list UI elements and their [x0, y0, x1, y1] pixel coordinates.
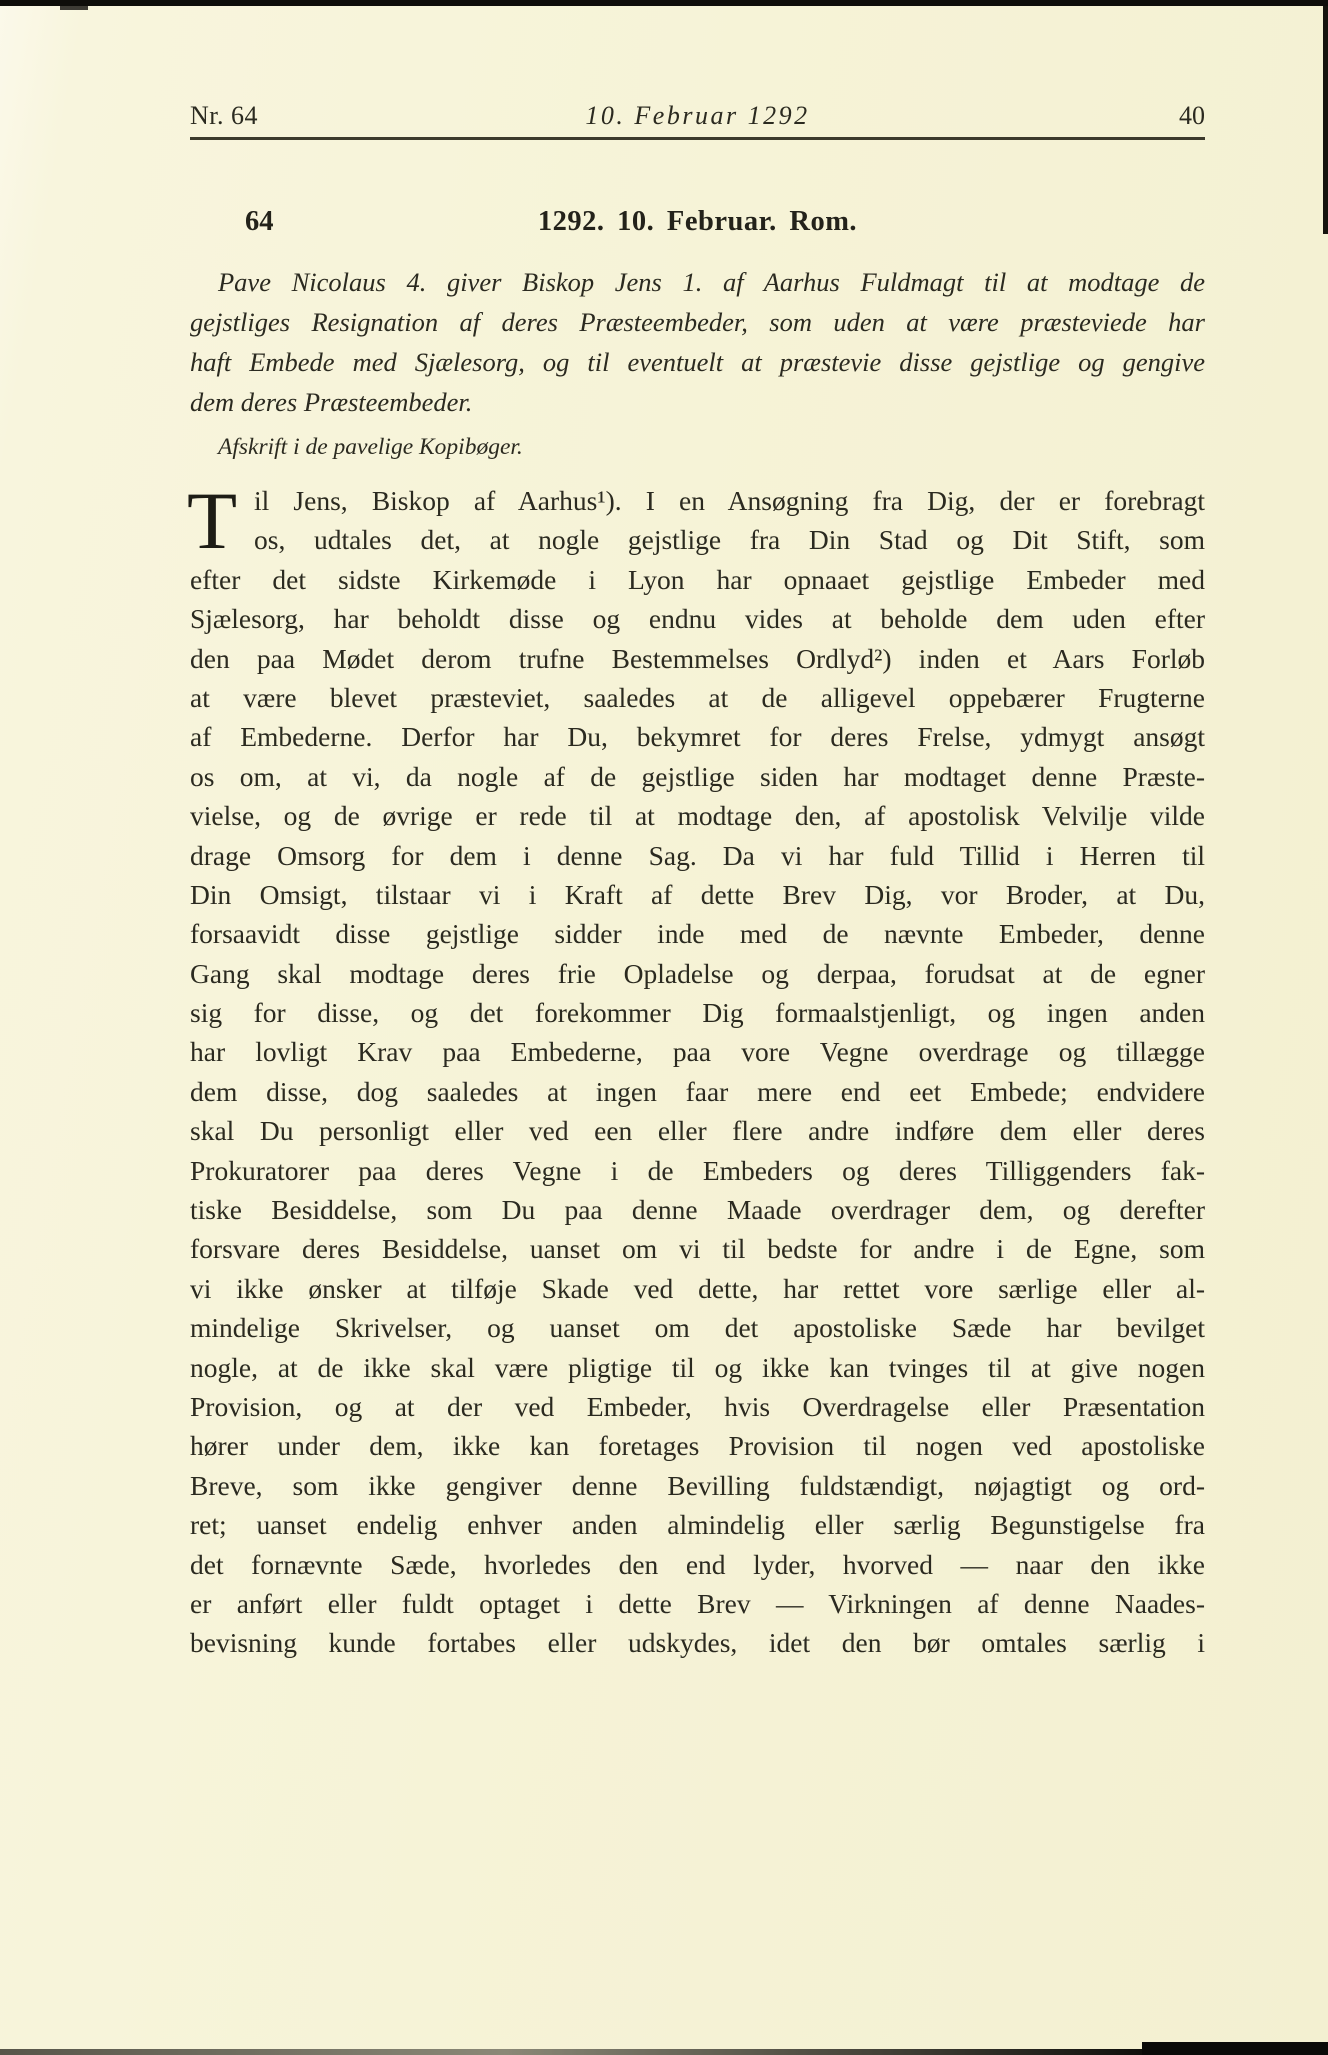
scanned-book-page: Nr. 64 10. Februar 1292 40 64 1292. 10. …: [0, 0, 1328, 2055]
body-line: Gang skal modtage deres frie Opladelse o…: [190, 954, 1205, 993]
scan-edge-bottom-right: [1142, 2042, 1328, 2055]
body-line: tiske Besiddelse, som Du paa denne Maade…: [190, 1190, 1205, 1229]
body-line: Prokuratorer paa deres Vegne i de Embede…: [190, 1151, 1205, 1190]
regest-summary: Pave Nicolaus 4. giver Biskop Jens 1. af…: [190, 262, 1205, 422]
body-line: har lovligt Krav paa Embederne, paa vore…: [190, 1032, 1205, 1071]
body-line: drage Omsorg for dem i denne Sag. Da vi …: [190, 836, 1205, 875]
body-line: Din Omsigt, tilstaar vi i Kraft af dette…: [190, 875, 1205, 914]
running-head: Nr. 64 10. Februar 1292 40: [190, 101, 1205, 135]
body-line: sig for disse, og det forekommer Dig for…: [190, 993, 1205, 1032]
page-number: 40: [1179, 101, 1205, 131]
dropcap-initial: T: [187, 485, 237, 557]
body-line: den paa Mødet derom trufne Bestemmelses …: [190, 639, 1205, 678]
scan-edge-top: [0, 0, 1328, 6]
body-line: Sjælesorg, har beholdt disse og endnu vi…: [190, 599, 1205, 638]
source-note: Afskrift i de pavelige Kopibøger.: [218, 434, 523, 461]
entry-title: 1292. 10. Februar. Rom.: [190, 206, 1205, 238]
body-line: vi ikke ønsker at tilføje Skade ved dett…: [190, 1269, 1205, 1308]
body-line: forsaavidt disse gejstlige sidder inde m…: [190, 914, 1205, 953]
body-line: bevisning kunde fortabes eller udskydes,…: [190, 1623, 1205, 1662]
running-head-date: 10. Februar 1292: [190, 101, 1205, 131]
body-line: os, udtales det, at nogle gejstlige fra …: [190, 520, 1205, 559]
summary-line: gejstliges Resignation af deres Præsteem…: [190, 302, 1205, 342]
body-line: nogle, at de ikke skal være pligtige til…: [190, 1348, 1205, 1387]
body-text: il Jens, Biskop af Aarhus¹). I en Ansøgn…: [190, 481, 1205, 1663]
body-line: forsvare deres Besiddelse, uanset om vi …: [190, 1229, 1205, 1268]
body-line: dem disse, dog saaledes at ingen faar me…: [190, 1072, 1205, 1111]
body-line: at være blevet præsteviet, saaledes at d…: [190, 678, 1205, 717]
scan-edge-right: [1323, 6, 1328, 234]
body-line: Provision, og at der ved Embeder, hvis O…: [190, 1387, 1205, 1426]
body-line: af Embederne. Derfor har Du, bekymret fo…: [190, 717, 1205, 756]
body-line: vielse, og de øvrige er rede til at modt…: [190, 796, 1205, 835]
body-line: il Jens, Biskop af Aarhus¹). I en Ansøgn…: [190, 481, 1205, 520]
body-line: ret; uanset endelig enhver anden alminde…: [190, 1505, 1205, 1544]
body-line: skal Du personligt eller ved een eller f…: [190, 1111, 1205, 1150]
summary-line: dem deres Præsteembeder.: [190, 382, 1205, 422]
body-line: er anført eller fuldt optaget i dette Br…: [190, 1584, 1205, 1623]
body-line: efter det sidste Kirkemøde i Lyon har op…: [190, 560, 1205, 599]
scan-edge-bottom: [0, 2049, 1328, 2055]
letter-body: T il Jens, Biskop af Aarhus¹). I en Ansø…: [190, 481, 1205, 1663]
body-line: det fornævnte Sæde, hvorledes den end ly…: [190, 1545, 1205, 1584]
body-line: hører under dem, ikke kan foretages Prov…: [190, 1426, 1205, 1465]
body-line: Breve, som ikke gengiver denne Bevilling…: [190, 1466, 1205, 1505]
entry-heading: 64 1292. 10. Februar. Rom.: [190, 206, 1205, 238]
running-head-rule: [190, 137, 1205, 140]
body-line: os om, at vi, da nogle af de gejstlige s…: [190, 757, 1205, 796]
summary-line: haft Embede med Sjælesorg, og til eventu…: [190, 342, 1205, 382]
body-line: mindelige Skrivelser, og uanset om det a…: [190, 1308, 1205, 1347]
entry-number: 64: [245, 206, 274, 238]
summary-line: Pave Nicolaus 4. giver Biskop Jens 1. af…: [190, 262, 1205, 302]
